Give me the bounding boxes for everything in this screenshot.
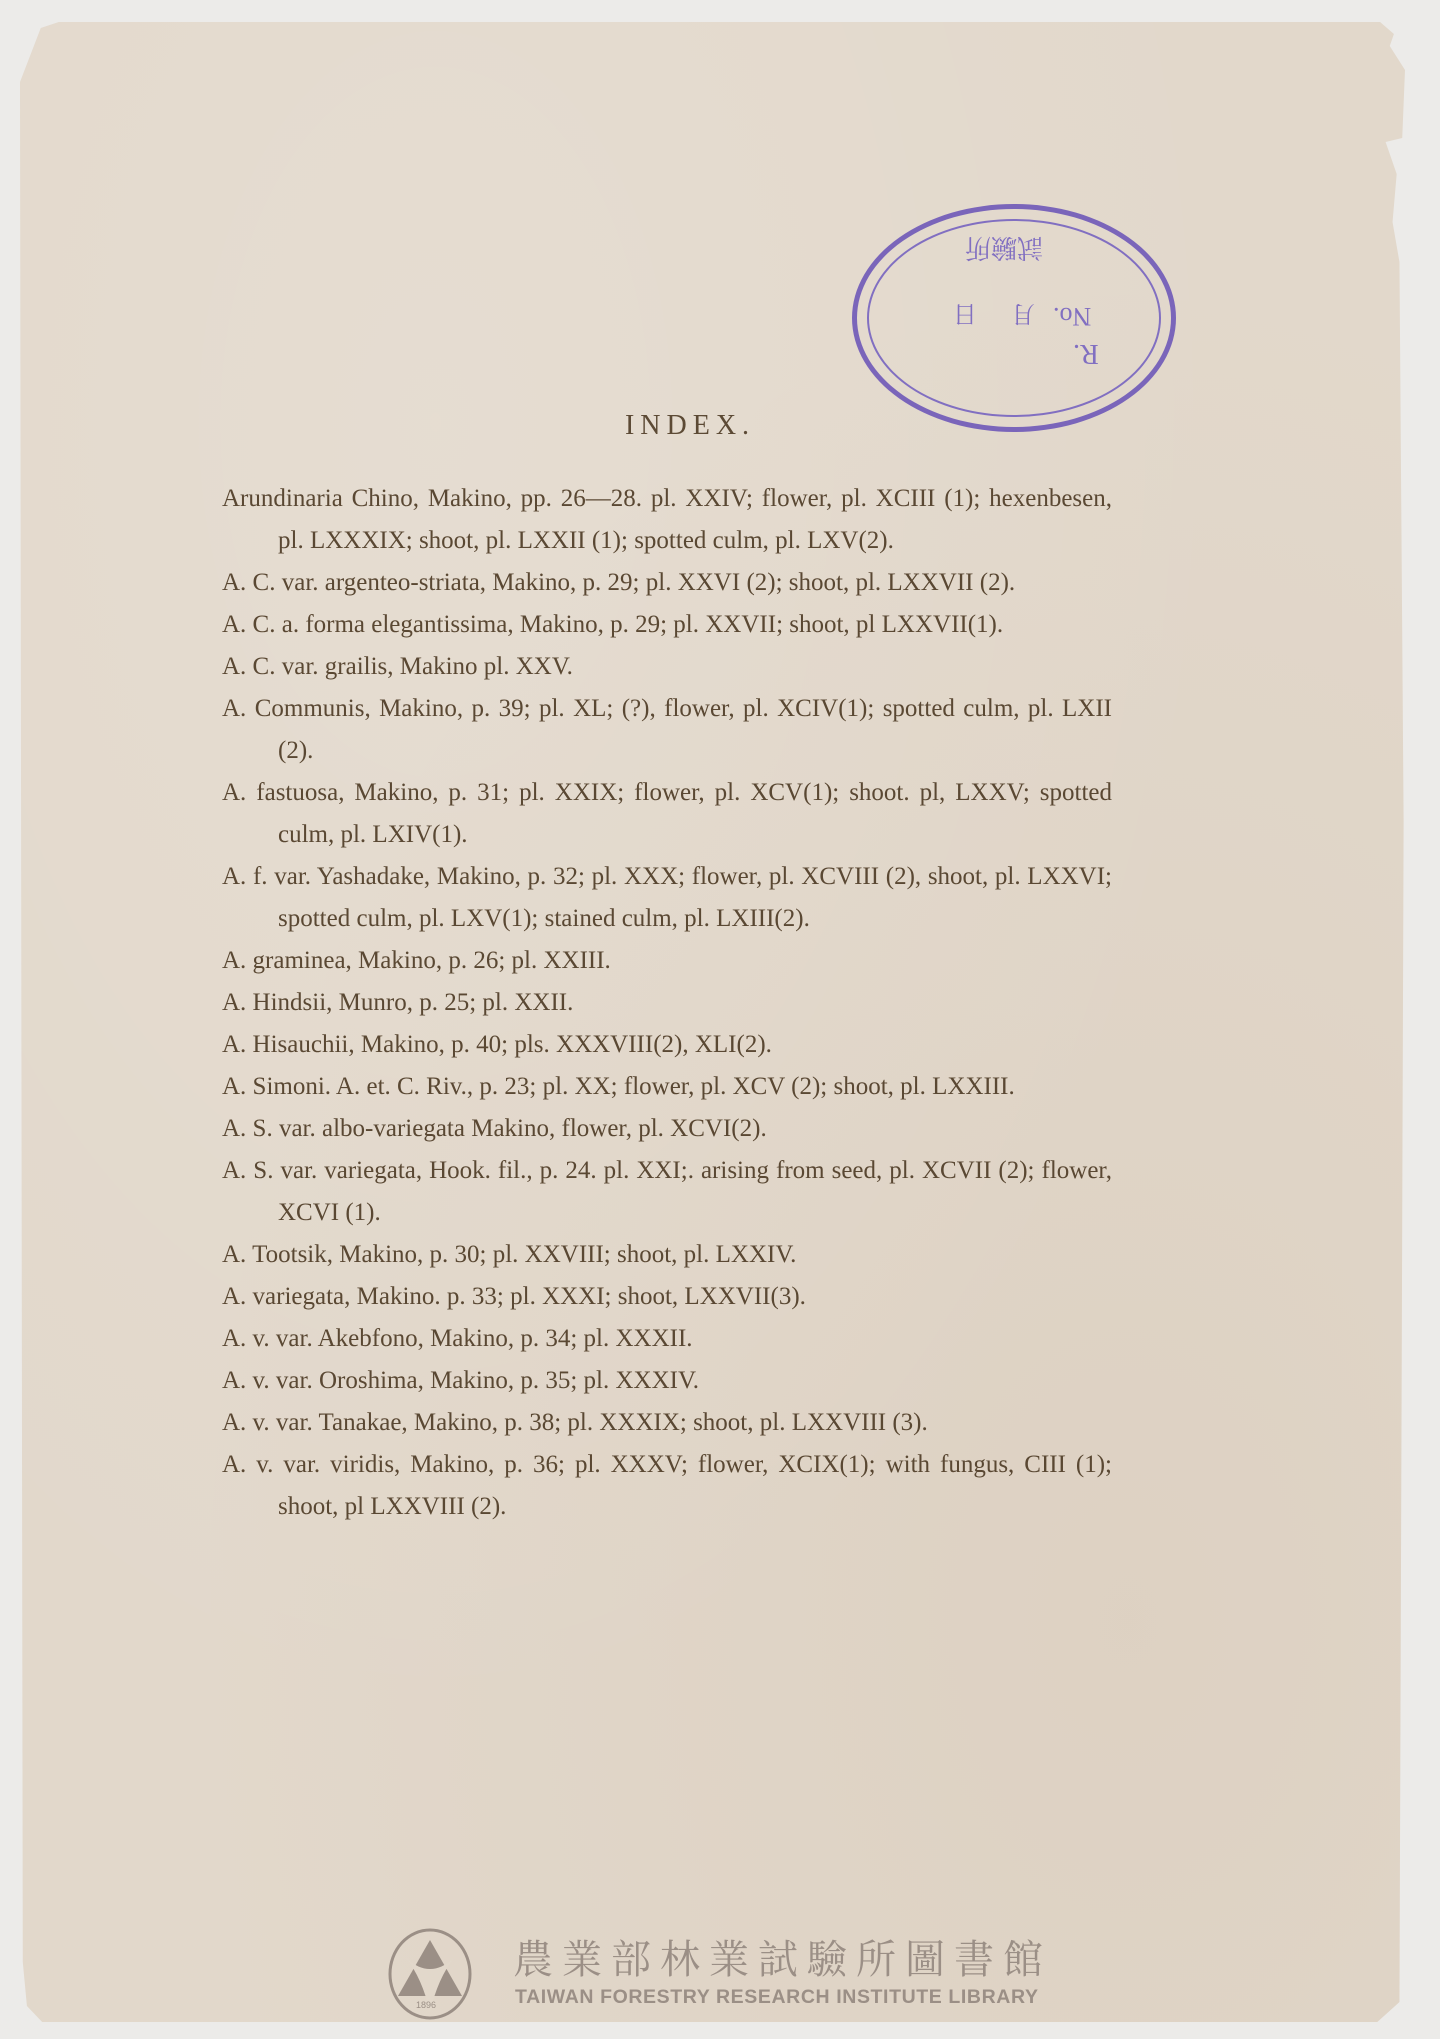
logo-year: 1896 (416, 2000, 436, 2010)
index-entry: A. fastuosa, Makino, p. 31; pl. XXIX; fl… (222, 772, 1112, 856)
library-watermark: 1896 農業部林業試驗所圖書館 TAIWAN FORESTRY RESEARC… (378, 1910, 1078, 2030)
index-entry: A. Simoni. A. et. C. Riv., p. 23; pl. XX… (222, 1066, 1112, 1108)
index-entry: A. C. var. argenteo-striata, Makino, p. … (222, 562, 1112, 604)
index-entry: A. C. a. forma elegantissima, Makino, p.… (222, 604, 1112, 646)
index-entry: A. Communis, Makino, p. 39; pl. XL; (?),… (222, 688, 1112, 772)
institute-logo-icon: 1896 (378, 1922, 482, 2026)
index-entry: Arundinaria Chino, Makino, pp. 26—28. pl… (222, 478, 1112, 562)
stamp-r-label: R. (1073, 337, 1099, 369)
index-entry: A. Hindsii, Munro, p. 25; pl. XXII. (222, 982, 1112, 1024)
index-entry: A. v. var. Tanakae, Makino, p. 38; pl. X… (222, 1402, 1112, 1444)
index-entry: A. v. var. viridis, Makino, p. 36; pl. X… (222, 1444, 1112, 1528)
index-entry: A. variegata, Makino. p. 33; pl. XXXI; s… (222, 1276, 1112, 1318)
index-entry: A. S. var. variegata, Hook. fil., p. 24.… (222, 1150, 1112, 1234)
library-name-english: TAIWAN FORESTRY RESEARCH INSTITUTE LIBRA… (515, 1986, 1039, 2009)
index-entry: A. graminea, Makino, p. 26; pl. XXIII. (222, 940, 1112, 982)
stamp-no-label: No. (1053, 301, 1091, 331)
library-name-chinese: 農業部林業試驗所圖書館 (513, 1928, 1052, 1985)
index-entry: A. Tootsik, Makino, p. 30; pl. XXVIII; s… (222, 1234, 1112, 1276)
index-entries: Arundinaria Chino, Makino, pp. 26—28. pl… (222, 478, 1112, 1528)
index-entry: A. S. var. albo-variegata Makino, flower… (222, 1108, 1112, 1150)
library-stamp: 試驗所 月 日 No. R. (852, 204, 1176, 432)
index-entry: A. Hisauchii, Makino, p. 40; pls. XXXVII… (222, 1024, 1112, 1066)
stamp-date-text: 月 日 (939, 299, 1035, 334)
stamp-top-text: 試驗所 (965, 231, 1043, 268)
index-entry: A. v. var. Oroshima, Makino, p. 35; pl. … (222, 1360, 1112, 1402)
index-entry: A. v. var. Akebfono, Makino, p. 34; pl. … (222, 1318, 1112, 1360)
index-entry: A. C. var. grailis, Makino pl. XXV. (222, 646, 1112, 688)
index-title: INDEX. (0, 410, 1410, 442)
index-entry: A. f. var. Yashadake, Makino, p. 32; pl.… (222, 856, 1112, 940)
